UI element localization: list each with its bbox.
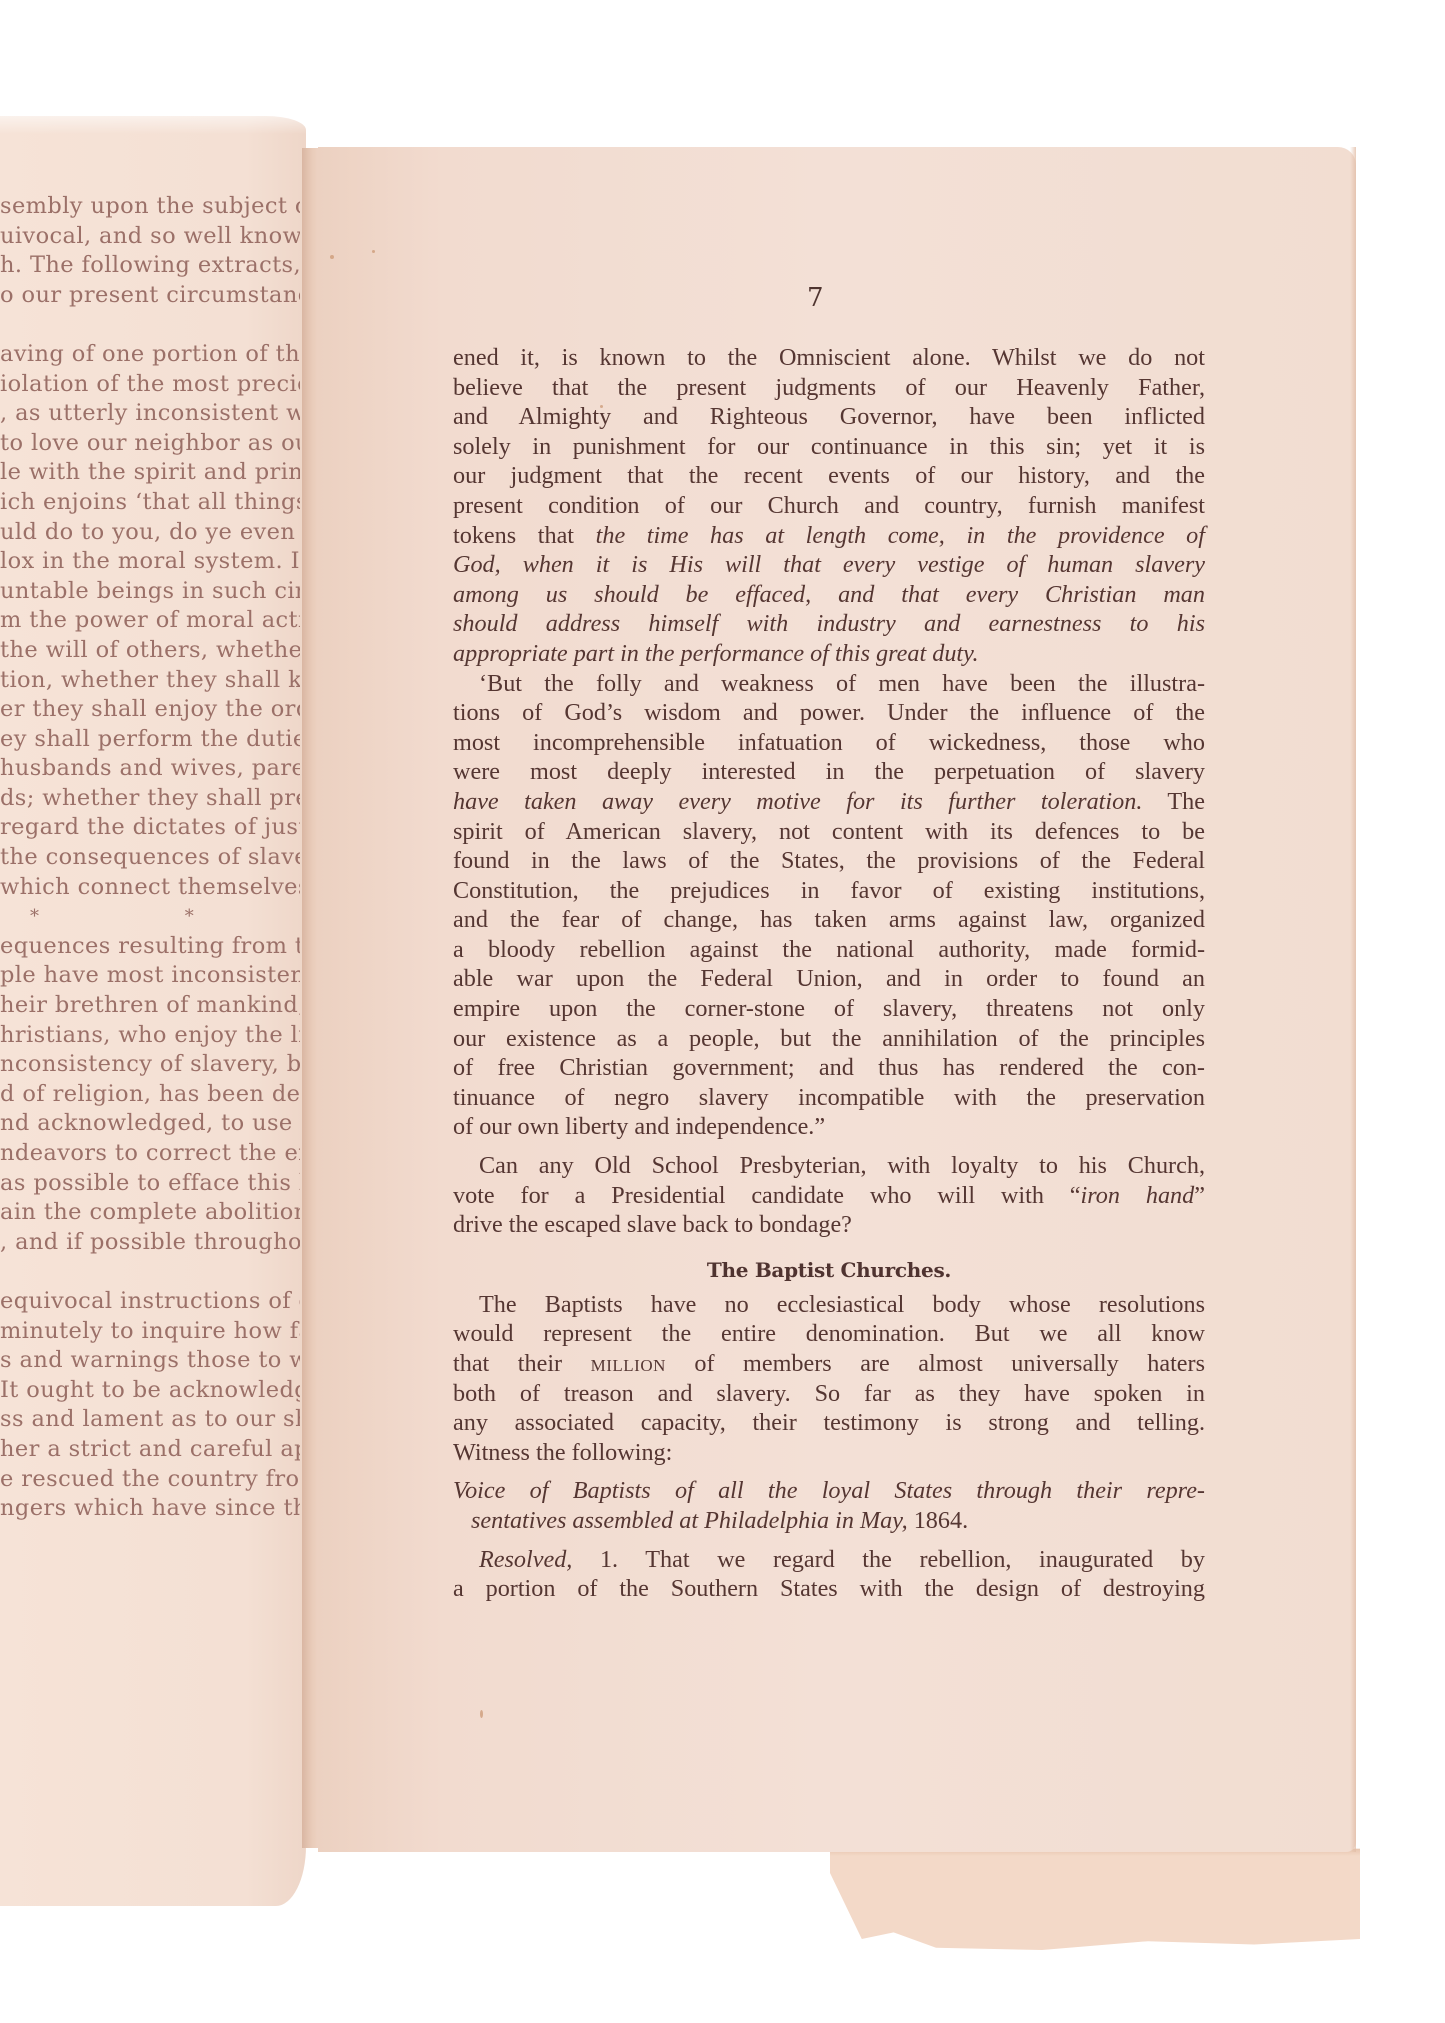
left-page-line: aving of one portion of the — [0, 340, 300, 370]
left-page-line: er they shall enjoy the ordi- — [0, 695, 300, 725]
page-body-text: ened it, is known to the Omniscient alon… — [453, 343, 1205, 1604]
text-line: present condition of our Church and coun… — [453, 491, 1205, 521]
text-run: 1864. — [908, 1507, 968, 1534]
quote-paragraph-1: ened it, is known to the Omniscient alon… — [453, 343, 1205, 669]
text-line: a portion of the Southern States with th… — [453, 1574, 1205, 1604]
left-page-line: lox in the moral system. It — [0, 547, 300, 577]
text-line: of our own liberty and independence.” — [453, 1112, 1205, 1142]
text-line: ‘But the folly and weakness of men have … — [453, 669, 1205, 699]
left-page-line: o our present circumstances, — [0, 281, 300, 311]
text-run: vote for a Presidential candidate who wi… — [453, 1182, 1081, 1209]
left-page-line: which connect themselves with — [0, 873, 300, 903]
text-line: and the fear of change, has taken arms a… — [453, 905, 1205, 935]
left-page-line: It ought to be acknowledged — [0, 1376, 300, 1406]
left-page-line: le with the spirit and prin- — [0, 458, 300, 488]
left-page-line: sembly upon the subject of — [0, 192, 300, 222]
left-page-line: ple have most inconsistently — [0, 961, 300, 991]
torn-underlying-page — [830, 1840, 1360, 1950]
question-paragraph: Can any Old School Presbyterian, with lo… — [453, 1151, 1205, 1240]
text-run: tokens that — [453, 522, 596, 549]
left-page-line: ndeavors to correct the errors — [0, 1139, 300, 1169]
text-run: that their — [453, 1350, 591, 1377]
text-line: Constitution, the prejudices in favor of… — [453, 876, 1205, 906]
text-run: The — [1142, 788, 1205, 815]
left-page-line: e rescued the country from the — [0, 1465, 300, 1495]
italic-text-run: Resolved, — [479, 1546, 572, 1573]
resolution-paragraph: Resolved, 1. That we regard the rebellio… — [453, 1545, 1205, 1604]
left-page-text: sembly upon the subject ofuivocal, and s… — [0, 192, 300, 1524]
text-line: Witness the following: — [453, 1438, 1205, 1468]
voice-caption: Voice of Baptists of all the loyal State… — [453, 1476, 1205, 1535]
text-line: both of treason and slavery. So far as t… — [453, 1379, 1205, 1409]
left-page-line: uivocal, and so well known — [0, 222, 300, 252]
text-line: were most deeply interested in the perpe… — [453, 757, 1205, 787]
foxing-spot — [480, 1710, 483, 1718]
text-line: vote for a Presidential candidate who wi… — [453, 1181, 1205, 1211]
left-page-line: nd acknowledged, to use their — [0, 1109, 300, 1139]
left-page-line: untable beings in such cir- — [0, 577, 300, 607]
italic-text-run: sentatives assembled at Philadelphia in … — [471, 1507, 908, 1534]
left-page-line: ey shall perform the duties — [0, 725, 300, 755]
text-line: our judgment that the recent events of o… — [453, 461, 1205, 491]
left-page-line — [0, 310, 300, 340]
text-run: of members are almost universally haters — [666, 1350, 1205, 1377]
text-line: drive the escaped slave back to bondage? — [453, 1210, 1205, 1240]
foxing-spot — [330, 255, 334, 259]
italic-text-run: iron hand — [1081, 1182, 1195, 1209]
italic-text-line: should address himself with industry and… — [453, 609, 1205, 639]
small-caps-text-run: million — [591, 1350, 666, 1377]
text-run: ” — [1194, 1182, 1205, 1209]
left-page-line: the will of others, whether — [0, 636, 300, 666]
text-line: a bloody rebellion against the national … — [453, 935, 1205, 965]
text-line: solely in punishment for our continuance… — [453, 432, 1205, 462]
left-page-line: her a strict and careful appli- — [0, 1435, 300, 1465]
text-line: our existence as a people, but the annih… — [453, 1024, 1205, 1054]
text-line: able war upon the Federal Union, and in … — [453, 964, 1205, 994]
left-page-line: ich enjoins ‘that all things — [0, 488, 300, 518]
paragraph-gap — [453, 1142, 1205, 1151]
page-number: 7 — [807, 283, 824, 313]
left-page-line: minutely to inquire how faith- — [0, 1317, 300, 1347]
text-line: tinuance of negro slavery incompatible w… — [453, 1083, 1205, 1113]
left-page-line: nconsistency of slavery, both — [0, 1050, 300, 1080]
left-page-line: iolation of the most precious — [0, 370, 300, 400]
text-line: most incomprehensible infatuation of wic… — [453, 728, 1205, 758]
italic-text-line: Voice of Baptists of all the loyal State… — [453, 1476, 1205, 1506]
left-page-line: to love our neighbor as our- — [0, 429, 300, 459]
quote-paragraph-2: ‘But the folly and weakness of men have … — [453, 669, 1205, 1143]
left-page-line: ngers which have since threat- — [0, 1494, 300, 1524]
left-page-line: , as utterly inconsistent with — [0, 399, 300, 429]
text-line: any associated capacity, their testimony… — [453, 1408, 1205, 1438]
text-line: of free Christian government; and thus h… — [453, 1053, 1205, 1083]
text-line: spirit of American slavery, not content … — [453, 817, 1205, 847]
left-page-line: husbands and wives, parents — [0, 754, 300, 784]
left-page-line: , and if possible throughout — [0, 1228, 300, 1258]
left-page-line: m the power of moral action. — [0, 606, 300, 636]
text-line: believe that the present judgments of ou… — [453, 373, 1205, 403]
italic-text-run: have taken away every motive for its fur… — [453, 788, 1142, 815]
left-page-line — [0, 1257, 300, 1287]
baptist-paragraph: The Baptists have no ecclesiastical body… — [453, 1290, 1205, 1468]
text-line: empire upon the corner-stone of slavery,… — [453, 994, 1205, 1024]
paragraph-gap — [453, 1536, 1205, 1545]
left-page-line: uld do to you, do ye even so — [0, 518, 300, 548]
italic-text-line: God, when it is His will that every vest… — [453, 550, 1205, 580]
paragraph-gap — [453, 1467, 1205, 1476]
text-line: would represent the entire denomination.… — [453, 1319, 1205, 1349]
left-page-line: equences resulting from the — [0, 932, 300, 962]
left-page-line: regard the dictates of justice — [0, 813, 300, 843]
left-page-line: equivocal instructions of our — [0, 1287, 300, 1317]
text-line: and Almighty and Righteous Governor, hav… — [453, 402, 1205, 432]
left-page-line: hristians, who enjoy the light — [0, 1021, 300, 1051]
text-line: tions of God’s wisdom and power. Under t… — [453, 698, 1205, 728]
left-page-line: ss and lament as to our short- — [0, 1405, 300, 1435]
text-line: sentatives assembled at Philadelphia in … — [453, 1506, 1205, 1536]
text-line: tokens that the time has at length come,… — [453, 521, 1205, 551]
section-break-asterisks: * * * * — [0, 902, 300, 932]
left-page-line: h. The following extracts, — [0, 251, 300, 281]
text-line: that their million of members are almost… — [453, 1349, 1205, 1379]
italic-text-run: the time has at length come, in the prov… — [596, 522, 1205, 549]
text-line: found in the laws of the States, the pro… — [453, 846, 1205, 876]
left-page-line: s and warnings those to whom — [0, 1346, 300, 1376]
left-page-line: the consequences of slavery— — [0, 843, 300, 873]
text-line: ened it, is known to the Omniscient alon… — [453, 343, 1205, 373]
text-run: 1. That we regard the rebellion, inaugur… — [572, 1546, 1205, 1573]
text-line: have taken away every motive for its fur… — [453, 787, 1205, 817]
left-page-line: tion, whether they shall know — [0, 666, 300, 696]
left-page-line: heir brethren of mankind,… — [0, 991, 300, 1021]
left-page-line: as possible to efface this blot — [0, 1169, 300, 1199]
left-page-line: ds; whether they shall pre- — [0, 784, 300, 814]
foxing-spot — [372, 250, 375, 253]
section-heading: The Baptist Churches. — [453, 1254, 1205, 1286]
text-line: Can any Old School Presbyterian, with lo… — [453, 1151, 1205, 1181]
left-page-line: ain the complete abolition of — [0, 1198, 300, 1228]
italic-text-line: appropriate part in the performance of t… — [453, 639, 1205, 669]
italic-text-line: among us should be effaced, and that eve… — [453, 580, 1205, 610]
left-page-line: d of religion, has been demon- — [0, 1080, 300, 1110]
text-line: Resolved, 1. That we regard the rebellio… — [453, 1545, 1205, 1575]
text-line: The Baptists have no ecclesiastical body… — [453, 1290, 1205, 1320]
